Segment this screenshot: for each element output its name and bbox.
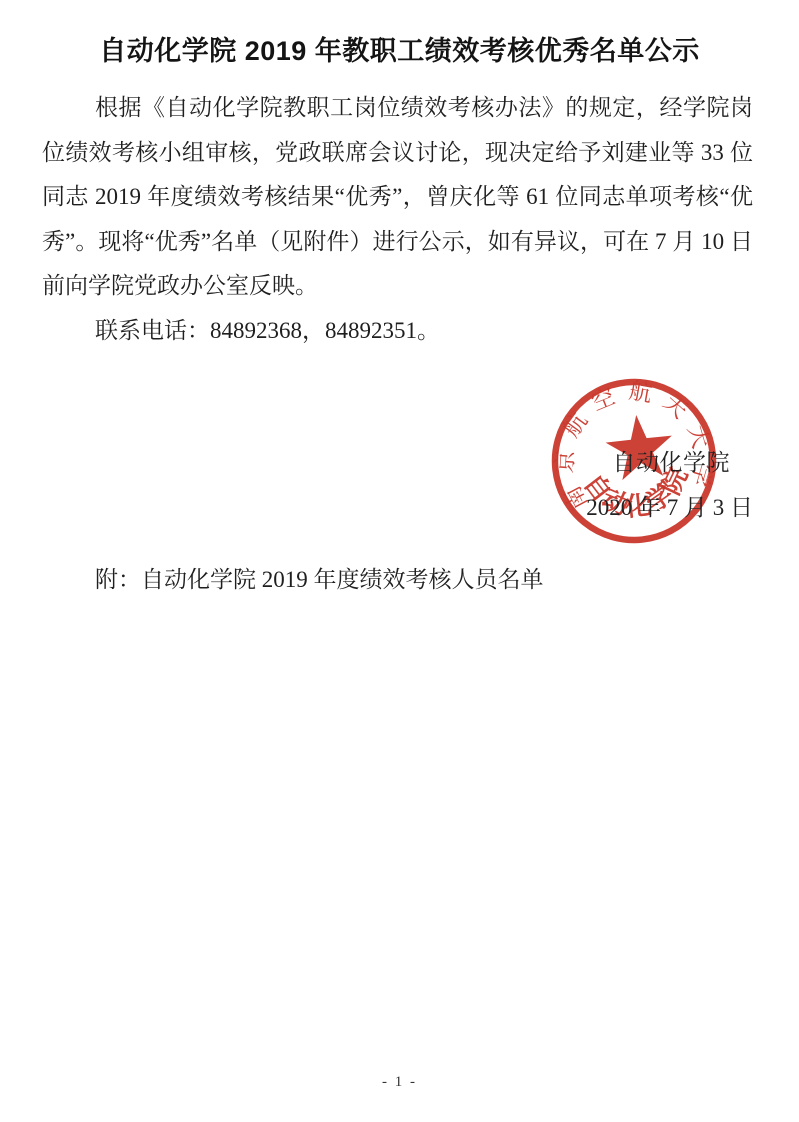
page-number: - 1 -: [0, 1074, 799, 1091]
signature-organization: 自动化学院: [613, 444, 731, 477]
document-title: 自动化学院 2019 年教职工绩效考核优秀名单公示: [0, 29, 799, 68]
body-paragraph-2: 联系电话：84892368，84892351。: [42, 309, 753, 354]
attachment-note: 附：自动化学院 2019 年度绩效考核人员名单: [95, 561, 544, 594]
document-body: 根据《自动化学院教职工岗位绩效考核办法》的规定，经学院岗位绩效考核小组审核，党政…: [42, 86, 753, 354]
signature-date: 2020 年 7 月 3 日: [586, 489, 753, 522]
body-paragraph-1: 根据《自动化学院教职工岗位绩效考核办法》的规定，经学院岗位绩效考核小组审核，党政…: [42, 86, 753, 309]
document-page: 自动化学院 2019 年教职工绩效考核优秀名单公示 根据《自动化学院教职工岗位绩…: [0, 0, 799, 1122]
